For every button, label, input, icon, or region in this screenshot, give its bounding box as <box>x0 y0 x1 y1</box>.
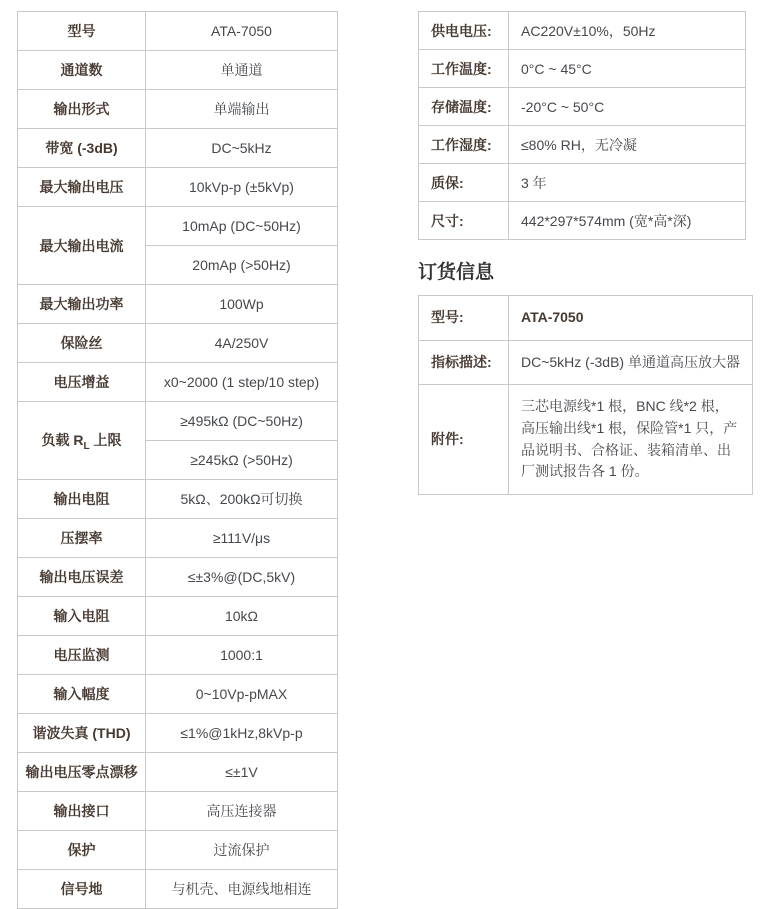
table-row: 输入电阻10kΩ <box>18 597 338 636</box>
env-value-cell: 442*297*574mm (宽*高*深) <box>509 202 746 240</box>
table-row: 压摆率≥111V/μs <box>18 519 338 558</box>
spec-value-cell: 20mAp (>50Hz) <box>146 246 338 285</box>
order-value-cell: 三芯电源线*1 根，BNC 线*2 根，高压输出线*1 根，保险管*1 只，产品… <box>509 385 753 495</box>
table-row: 信号地与机壳、电源线地相连 <box>18 870 338 909</box>
spec-value-cell: DC~5kHz <box>146 129 338 168</box>
spec-label-cell: 谐波失真 (THD) <box>18 714 146 753</box>
order-label-cell: 型号: <box>419 296 509 341</box>
env-value-cell: 0°C ~ 45°C <box>509 50 746 88</box>
order-value-cell: ATA-7050 <box>509 296 753 341</box>
order-info-heading: 订货信息 <box>418 257 752 284</box>
spec-label-cell: 最大输出电流 <box>18 207 146 285</box>
env-value-cell: -20°C ~ 50°C <box>509 88 746 126</box>
table-row: 供电电压:AC220V±10%，50Hz <box>419 12 746 50</box>
spec-label-cell: 带宽 (-3dB) <box>18 129 146 168</box>
right-column: 供电电压:AC220V±10%，50Hz工作温度:0°C ~ 45°C存储温度:… <box>418 11 752 495</box>
table-row: 输出电阻5kΩ、200kΩ可切换 <box>18 480 338 519</box>
table-row: 质保:3 年 <box>419 164 746 202</box>
spec-value-cell: 单端输出 <box>146 90 338 129</box>
table-row: 输入幅度0~10Vp-pMAX <box>18 675 338 714</box>
spec-value-cell: ≥245kΩ (>50Hz) <box>146 441 338 480</box>
spec-label-cell: 信号地 <box>18 870 146 909</box>
spec-value-cell: ATA-7050 <box>146 12 338 51</box>
order-info-table-body: 型号:ATA-7050指标描述:DC~5kHz (-3dB) 单通道高压放大器附… <box>419 296 753 495</box>
spec-value-cell: 10kVp-p (±5kVp) <box>146 168 338 207</box>
spec-label-cell: 输出形式 <box>18 90 146 129</box>
spec-value-cell: 0~10Vp-pMAX <box>146 675 338 714</box>
env-value-cell: 3 年 <box>509 164 746 202</box>
order-value-cell: DC~5kHz (-3dB) 单通道高压放大器 <box>509 340 753 385</box>
spec-value-cell: ≥495kΩ (DC~50Hz) <box>146 402 338 441</box>
spec-label-cell: 输入幅度 <box>18 675 146 714</box>
table-row: 通道数单通道 <box>18 51 338 90</box>
spec-label-cell: 输出电阻 <box>18 480 146 519</box>
spec-label-cell: 最大输出功率 <box>18 285 146 324</box>
env-value-cell: AC220V±10%，50Hz <box>509 12 746 50</box>
table-row: 保护过流保护 <box>18 831 338 870</box>
spec-value-cell: ≤±1V <box>146 753 338 792</box>
spec-label-cell: 电压增益 <box>18 363 146 402</box>
env-label-cell: 尺寸: <box>419 202 509 240</box>
table-row: 最大输出功率100Wp <box>18 285 338 324</box>
spec-value-cell: 过流保护 <box>146 831 338 870</box>
spec-value-cell: 10mAp (DC~50Hz) <box>146 207 338 246</box>
spec-label-cell: 型号 <box>18 12 146 51</box>
spec-label-cell: 输入电阻 <box>18 597 146 636</box>
spec-label-text: 上限 <box>90 432 122 448</box>
env-value-cell: ≤80% RH，无冷凝 <box>509 126 746 164</box>
table-row: 输出接口高压连接器 <box>18 792 338 831</box>
spec-value-cell: 4A/250V <box>146 324 338 363</box>
spec-value-cell: ≥111V/μs <box>146 519 338 558</box>
table-row: 最大输出电压10kVp-p (±5kVp) <box>18 168 338 207</box>
environment-table: 供电电压:AC220V±10%，50Hz工作温度:0°C ~ 45°C存储温度:… <box>418 11 746 240</box>
table-row: 工作湿度:≤80% RH，无冷凝 <box>419 126 746 164</box>
spec-table: 型号ATA-7050通道数单通道输出形式单端输出带宽 (-3dB)DC~5kHz… <box>17 11 338 909</box>
spec-label-cell: 电压监测 <box>18 636 146 675</box>
table-row: 存储温度:-20°C ~ 50°C <box>419 88 746 126</box>
spec-label-cell: 保护 <box>18 831 146 870</box>
table-row: 负载 RL 上限≥495kΩ (DC~50Hz) <box>18 402 338 441</box>
spec-label-text: 负载 R <box>42 432 84 448</box>
table-row: 电压增益x0~2000 (1 step/10 step) <box>18 363 338 402</box>
env-label-cell: 工作温度: <box>419 50 509 88</box>
spec-value-cell: x0~2000 (1 step/10 step) <box>146 363 338 402</box>
table-row: 输出形式单端输出 <box>18 90 338 129</box>
spec-table-body: 型号ATA-7050通道数单通道输出形式单端输出带宽 (-3dB)DC~5kHz… <box>18 12 338 909</box>
table-row: 型号ATA-7050 <box>18 12 338 51</box>
spec-value-cell: 单通道 <box>146 51 338 90</box>
table-row: 指标描述:DC~5kHz (-3dB) 单通道高压放大器 <box>419 340 753 385</box>
order-info-table: 型号:ATA-7050指标描述:DC~5kHz (-3dB) 单通道高压放大器附… <box>418 295 753 495</box>
spec-label-cell: 输出接口 <box>18 792 146 831</box>
table-row: 输出电压误差≤±3%@(DC,5kV) <box>18 558 338 597</box>
order-label-cell: 指标描述: <box>419 340 509 385</box>
env-label-cell: 质保: <box>419 164 509 202</box>
spec-label-cell: 保险丝 <box>18 324 146 363</box>
spec-label-cell: 负载 RL 上限 <box>18 402 146 480</box>
table-row: 型号:ATA-7050 <box>419 296 753 341</box>
spec-label-cell: 输出电压误差 <box>18 558 146 597</box>
order-label-cell: 附件: <box>419 385 509 495</box>
spec-value-cell: 5kΩ、200kΩ可切换 <box>146 480 338 519</box>
spec-value-cell: 10kΩ <box>146 597 338 636</box>
spec-value-cell: ≤±3%@(DC,5kV) <box>146 558 338 597</box>
environment-table-body: 供电电压:AC220V±10%，50Hz工作温度:0°C ~ 45°C存储温度:… <box>419 12 746 240</box>
table-row: 工作温度:0°C ~ 45°C <box>419 50 746 88</box>
table-row: 电压监测1000:1 <box>18 636 338 675</box>
env-label-cell: 工作湿度: <box>419 126 509 164</box>
table-row: 尺寸:442*297*574mm (宽*高*深) <box>419 202 746 240</box>
table-row: 最大输出电流10mAp (DC~50Hz) <box>18 207 338 246</box>
spec-value-cell: ≤1%@1kHz,8kVp-p <box>146 714 338 753</box>
table-row: 带宽 (-3dB)DC~5kHz <box>18 129 338 168</box>
table-row: 输出电压零点漂移≤±1V <box>18 753 338 792</box>
env-label-cell: 供电电压: <box>419 12 509 50</box>
spec-value-cell: 高压连接器 <box>146 792 338 831</box>
env-label-cell: 存储温度: <box>419 88 509 126</box>
spec-label-cell: 最大输出电压 <box>18 168 146 207</box>
spec-label-cell: 通道数 <box>18 51 146 90</box>
spec-value-cell: 与机壳、电源线地相连 <box>146 870 338 909</box>
table-row: 保险丝4A/250V <box>18 324 338 363</box>
spec-value-cell: 100Wp <box>146 285 338 324</box>
spec-label-cell: 输出电压零点漂移 <box>18 753 146 792</box>
table-row: 谐波失真 (THD)≤1%@1kHz,8kVp-p <box>18 714 338 753</box>
spec-label-cell: 压摆率 <box>18 519 146 558</box>
spec-value-cell: 1000:1 <box>146 636 338 675</box>
table-row: 附件:三芯电源线*1 根，BNC 线*2 根，高压输出线*1 根，保险管*1 只… <box>419 385 753 495</box>
